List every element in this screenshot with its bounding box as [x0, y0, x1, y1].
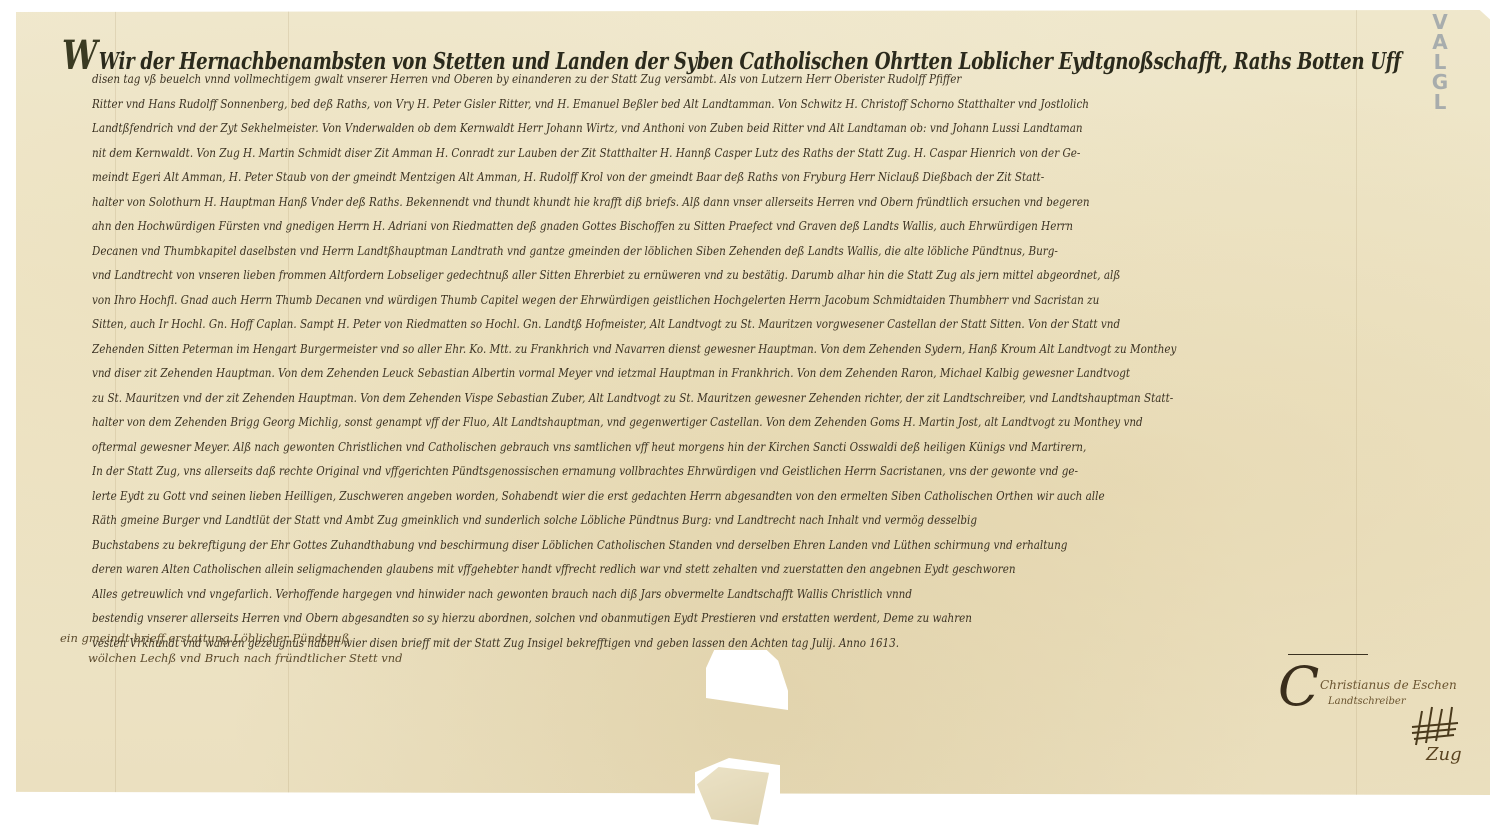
manuscript-line: halter von dem Zehenden Brigg Georg Mich…	[92, 410, 1470, 435]
marginal-note: ein gmeindt brieff erstattung Löblicher …	[60, 628, 403, 668]
manuscript-line: nit dem Kernwaldt. Von Zug H. Martin Sch…	[92, 141, 1470, 166]
manuscript-line: oftermal gewesner Meyer. Alß nach gewont…	[92, 435, 1470, 460]
stamp-letter: L	[1420, 92, 1460, 112]
stamp-letter: V	[1420, 12, 1460, 32]
manuscript-line: meindt Egeri Alt Amman, H. Peter Staub v…	[92, 165, 1470, 190]
manuscript-line: ahn den Hochwürdigen Fürsten vnd gnedige…	[92, 214, 1470, 239]
marginal-note-line: ein gmeindt brieff erstattung Löblicher …	[60, 628, 403, 648]
manuscript-line: Räth gmeine Burger vnd Landtlüt der Stat…	[92, 508, 1470, 533]
manuscript-line: bestendig vnserer allerseits Herren vnd …	[92, 606, 1470, 631]
manuscript-line: deren waren Alten Catholischen allein se…	[92, 557, 1470, 582]
document-body: disen tag vß beuelch vnnd vollmechtigem …	[92, 67, 1472, 655]
signature-title: Landtschreiber	[1328, 696, 1406, 707]
manuscript-line: von Ihro Hochfl. Gnad auch Herrn Thumb D…	[92, 288, 1470, 313]
manuscript-line: Sitten, auch Ir Hochl. Gn. Hoff Caplan. …	[92, 312, 1470, 337]
manuscript-line: Buchstabens zu bekreftigung der Ehr Gott…	[92, 533, 1470, 558]
manuscript-line: vnd Landtrecht von vnseren lieben fromme…	[92, 263, 1470, 288]
manuscript-line: Decanen vnd Thumbkapitel daselbsten vnd …	[92, 239, 1470, 264]
manuscript-line: In der Statt Zug, vns allerseits daß rec…	[92, 459, 1470, 484]
signature-block: C Christianus de Eschen Landtschreiber Z…	[1278, 660, 1478, 780]
manuscript-line: Landtßfendrich vnd der Zyt Sekhelmeister…	[92, 116, 1470, 141]
signature-name: Christianus de Eschen	[1320, 678, 1457, 692]
manuscript-line: Ritter vnd Hans Rudolff Sonnenberg, bed …	[92, 92, 1470, 117]
signature-initial: C	[1278, 660, 1319, 714]
manuscript-line: vnd diser zit Zehenden Hauptman. Von dem…	[92, 361, 1470, 386]
manuscript-line: zu St. Mauritzen vnd der zit Zehenden Ha…	[92, 386, 1470, 411]
stamp-letter: L	[1420, 52, 1460, 72]
manuscript-line: Zehenden Sitten Peterman im Hengart Burg…	[92, 337, 1470, 362]
signature-place: Zug	[1426, 744, 1462, 765]
marginal-note-line: wölchen Lechß vnd Bruch nach fründtliche…	[60, 648, 403, 668]
manuscript-line: disen tag vß beuelch vnnd vollmechtigem …	[92, 67, 1470, 92]
stamp-letter: A	[1420, 32, 1460, 52]
stamp-letter: G	[1420, 72, 1460, 92]
manuscript-line: Alles getreuwlich vnd vngefarlich. Verho…	[92, 582, 1470, 607]
archive-stamp: VALGL	[1420, 12, 1460, 102]
manuscript-line: lerte Eydt zu Gott vnd seinen lieben Hei…	[92, 484, 1470, 509]
manuscript-line: halter von Solothurn H. Hauptman Hanß Vn…	[92, 190, 1470, 215]
